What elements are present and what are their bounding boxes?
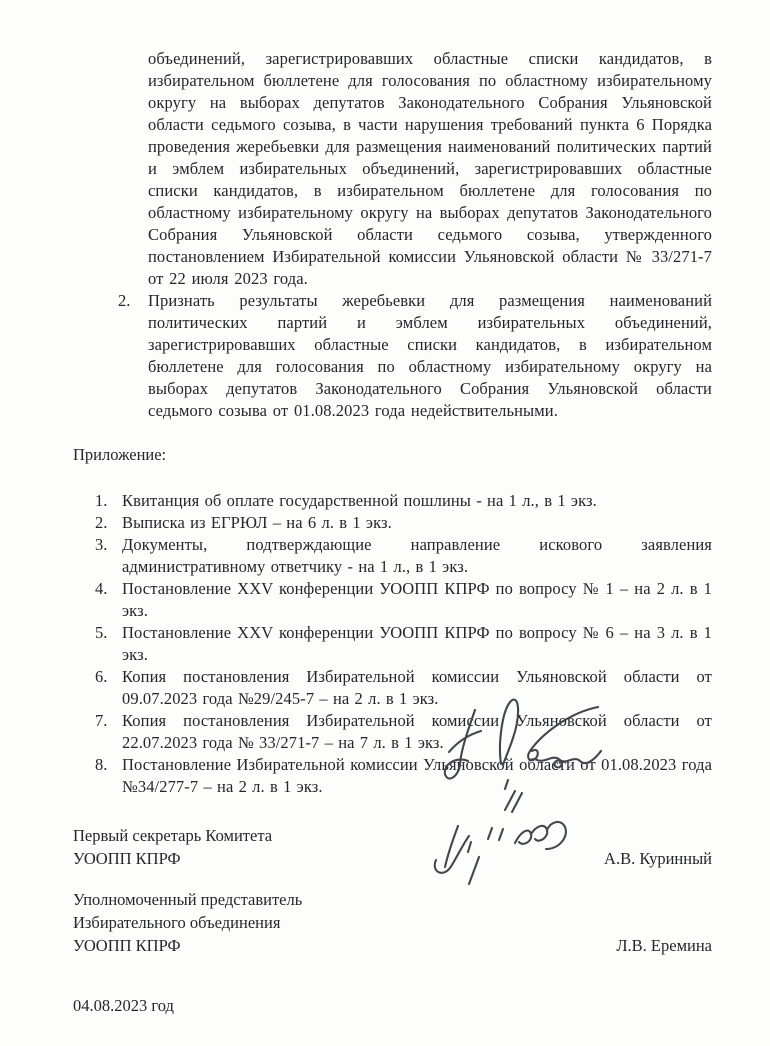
attachment-number: 5. (95, 622, 122, 666)
resolution-text: объединений, зарегистрировавших областны… (148, 48, 712, 290)
attachment-item: 1. Квитанция об оплате государственной п… (95, 490, 712, 512)
signatory-title: Первый секретарь Комитета УООПП КПРФ (73, 824, 463, 870)
attachment-number: 6. (95, 666, 122, 710)
attachment-text: Выписка из ЕГРЮЛ – на 6 л. в 1 экз. (122, 512, 712, 534)
attachment-item: 3. Документы, подтверждающие направление… (95, 534, 712, 578)
document-content: объединений, зарегистрировавших областны… (0, 0, 770, 1046)
signatory-title-line: УООПП КПРФ (73, 847, 463, 870)
attachment-number: 4. (95, 578, 122, 622)
attachment-text: Копия постановления Избирательной комисс… (122, 710, 712, 754)
scanned-document-page: объединений, зарегистрировавших областны… (0, 0, 770, 1046)
attachment-item: 7. Копия постановления Избирательной ком… (95, 710, 712, 754)
signatory-name: Л.В. Еремина (616, 934, 712, 957)
resolution-number: 2. (118, 290, 148, 422)
attachment-item: 4. Постановление XXV конференции УООПП К… (95, 578, 712, 622)
attachment-item: 6. Копия постановления Избирательной ком… (95, 666, 712, 710)
attachment-number: 7. (95, 710, 122, 754)
attachment-item: 2. Выписка из ЕГРЮЛ – на 6 л. в 1 экз. (95, 512, 712, 534)
attachments-list: 1. Квитанция об оплате государственной п… (73, 490, 712, 798)
signatory-block-kurinnyy: Первый секретарь Комитета УООПП КПРФ А.В… (73, 824, 712, 870)
resolution-text: Признать результаты жеребьевки для разме… (148, 290, 712, 422)
signatory-title-line: Первый секретарь Комитета (73, 824, 463, 847)
attachment-item: 5. Постановление XXV конференции УООПП К… (95, 622, 712, 666)
attachment-number: 1. (95, 490, 122, 512)
attachment-text: Постановление XXV конференции УООПП КПРФ… (122, 578, 712, 622)
attachment-number: 2. (95, 512, 122, 534)
attachments-heading: Приложение: (73, 444, 712, 466)
attachment-text: Копия постановления Избирательной комисс… (122, 666, 712, 710)
signatory-title-line: Избирательного объединения (73, 911, 463, 934)
attachment-text: Квитанция об оплате государственной пошл… (122, 490, 712, 512)
attachment-text: Постановление XXV конференции УООПП КПРФ… (122, 622, 712, 666)
document-date: 04.08.2023 год (73, 995, 712, 1017)
signatory-name: А.В. Куринный (604, 847, 712, 870)
signatory-title: Уполномоченный представитель Избирательн… (73, 888, 463, 957)
attachment-text: Документы, подтверждающие направление ис… (122, 534, 712, 578)
attachment-item: 8. Постановление Избирательной комиссии … (95, 754, 712, 798)
attachment-text: Постановление Избирательной комиссии Уль… (122, 754, 712, 798)
signatory-title-line: Уполномоченный представитель (73, 888, 463, 911)
resolution-number (118, 48, 148, 290)
resolution-item-2: 2. Признать результаты жеребьевки для ра… (118, 290, 712, 422)
signatory-title-line: УООПП КПРФ (73, 934, 463, 957)
signatory-block-eremina: Уполномоченный представитель Избирательн… (73, 888, 712, 957)
resolution-item-continuation: объединений, зарегистрировавших областны… (118, 48, 712, 290)
attachment-number: 3. (95, 534, 122, 578)
attachment-number: 8. (95, 754, 122, 798)
